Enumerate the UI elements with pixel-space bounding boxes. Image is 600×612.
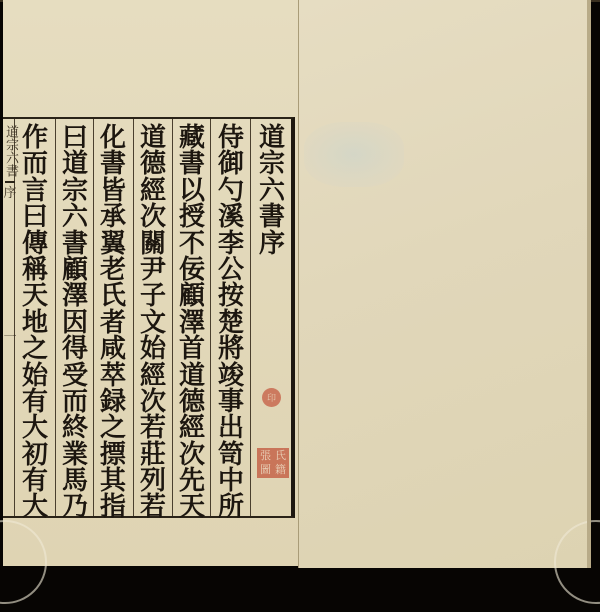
glyph: 得	[62, 336, 88, 362]
glyph: 序	[259, 231, 285, 257]
glyph: 稱	[22, 257, 48, 283]
page-edge	[587, 0, 591, 568]
glyph: 曰	[62, 125, 88, 151]
glyph: 楚	[218, 310, 244, 336]
glyph: 出	[218, 415, 244, 441]
glyph: 始	[140, 336, 166, 362]
seal-glyph: 圖	[258, 463, 273, 477]
glyph: 以	[179, 178, 205, 204]
glyph: 初	[22, 442, 48, 468]
glyph: 列	[140, 468, 166, 494]
glyph: 經	[179, 415, 205, 441]
glyph: 道	[62, 151, 88, 177]
glyph: 不	[179, 231, 205, 257]
glyph: 次	[179, 442, 205, 468]
glyph: 摽	[100, 442, 126, 468]
glyph: 經	[140, 178, 166, 204]
text-column: 藏書以授不佞顧澤首道德經次先天	[173, 125, 211, 521]
square-seal-stamp: 張氏圖籍	[257, 448, 289, 478]
glyph: 澤	[62, 283, 88, 309]
glyph: 有	[22, 389, 48, 415]
glyph: 顧	[62, 257, 88, 283]
glyph: 而	[22, 151, 48, 177]
glyph: 澤	[179, 310, 205, 336]
glyph: 次	[140, 204, 166, 230]
text-column-title: 道宗六書序	[253, 125, 291, 257]
page-curl	[0, 520, 47, 604]
glyph: 勺	[218, 178, 244, 204]
glyph: 藏	[179, 125, 205, 151]
glyph: 六	[62, 204, 88, 230]
glyph: 中	[218, 468, 244, 494]
glyph: 書	[259, 204, 285, 230]
section-label: 序	[4, 187, 17, 201]
glyph: 氏	[100, 283, 126, 309]
glyph: 之	[100, 415, 126, 441]
glyph: 大	[22, 494, 48, 520]
seal-glyph: 氏	[273, 449, 288, 463]
glyph: 御	[218, 151, 244, 177]
text-column: 化書皆承翼老氏者咸萃録之摽其指	[94, 125, 132, 521]
glyph: 授	[179, 204, 205, 230]
seal-glyph: 張	[258, 449, 273, 463]
glyph: 莊	[140, 442, 166, 468]
text-column: 曰道宗六書顧澤因得受而終業馬乃	[56, 125, 94, 521]
glyph: 子	[140, 283, 166, 309]
glyph: 天	[179, 494, 205, 520]
glyph: 竣	[218, 363, 244, 389]
glyph: 若	[140, 415, 166, 441]
glyph: 化	[100, 125, 126, 151]
glyph: 笥	[218, 442, 244, 468]
glyph: 經	[140, 363, 166, 389]
glyph: 作	[22, 125, 48, 151]
glyph: 萃	[100, 363, 126, 389]
glyph: 者	[100, 310, 126, 336]
glyph: 若	[140, 494, 166, 520]
glyph: 宗	[259, 151, 285, 177]
left-page: 道宗六書 序 一 道宗六書序 侍御勺溪李公按楚將竣事出笥中所 藏書以授不佞顧澤首…	[3, 0, 298, 566]
glyph: 侍	[218, 125, 244, 151]
glyph: 地	[22, 310, 48, 336]
glyph: 而	[62, 389, 88, 415]
glyph: 録	[100, 389, 126, 415]
glyph: 所	[218, 494, 244, 520]
printed-frame: 道宗六書 序 一 道宗六書序 侍御勺溪李公按楚將竣事出笥中所 藏書以授不佞顧澤首…	[3, 117, 295, 518]
glyph: 佞	[179, 257, 205, 283]
round-seal-stamp: 印	[262, 388, 281, 407]
center-column-label: 道宗六書 序 一	[4, 125, 16, 345]
glyph: 書	[179, 151, 205, 177]
glyph: 之	[22, 336, 48, 362]
column-divider	[250, 119, 251, 516]
glyph: 翼	[100, 231, 126, 257]
glyph: 因	[62, 310, 88, 336]
glyph: 有	[22, 468, 48, 494]
glyph: 公	[218, 257, 244, 283]
glyph: 顧	[179, 283, 205, 309]
glyph: 道	[259, 125, 285, 151]
glyph: 天	[22, 283, 48, 309]
glyph: 道	[179, 363, 205, 389]
glyph: 宗	[62, 178, 88, 204]
glyph: 業	[62, 442, 88, 468]
text-column: 道德經次關尹子文始經次若莊列若	[134, 125, 172, 521]
glyph: 將	[218, 336, 244, 362]
glyph: 首	[179, 336, 205, 362]
glyph: 尹	[140, 257, 166, 283]
glyph: 先	[179, 468, 205, 494]
fish-tail-mark	[5, 181, 15, 183]
glyph: 德	[179, 389, 205, 415]
folio-number: 一	[4, 331, 17, 345]
glyph: 傳	[22, 231, 48, 257]
seal-glyph: 籍	[273, 463, 288, 477]
glyph: 終	[62, 415, 88, 441]
right-page-blank	[298, 0, 591, 568]
glyph: 文	[140, 310, 166, 336]
glyph: 始	[22, 363, 48, 389]
glyph: 老	[100, 257, 126, 283]
text-column: 作而言曰傳稱天地之始有大初有大	[16, 125, 54, 521]
glyph: 按	[218, 283, 244, 309]
glyph: 道	[140, 125, 166, 151]
glyph: 溪	[218, 204, 244, 230]
glyph: 咸	[100, 336, 126, 362]
paper-stain	[304, 122, 404, 187]
glyph: 指	[100, 494, 126, 520]
page-curl	[554, 520, 600, 604]
glyph: 其	[100, 468, 126, 494]
glyph: 曰	[22, 204, 48, 230]
glyph: 皆	[100, 178, 126, 204]
glyph: 承	[100, 204, 126, 230]
glyph: 德	[140, 151, 166, 177]
glyph: 書	[62, 231, 88, 257]
glyph: 六	[259, 178, 285, 204]
glyph: 受	[62, 363, 88, 389]
book-title-vertical: 道宗六書	[3, 125, 17, 177]
glyph: 言	[22, 178, 48, 204]
glyph: 次	[140, 389, 166, 415]
glyph: 馬	[62, 468, 88, 494]
seal-text: 印	[267, 391, 276, 404]
text-column: 侍御勺溪李公按楚將竣事出笥中所	[212, 125, 250, 521]
glyph: 書	[100, 151, 126, 177]
glyph: 大	[22, 415, 48, 441]
glyph: 關	[140, 231, 166, 257]
glyph: 乃	[62, 494, 88, 520]
glyph: 李	[218, 231, 244, 257]
glyph: 事	[218, 389, 244, 415]
